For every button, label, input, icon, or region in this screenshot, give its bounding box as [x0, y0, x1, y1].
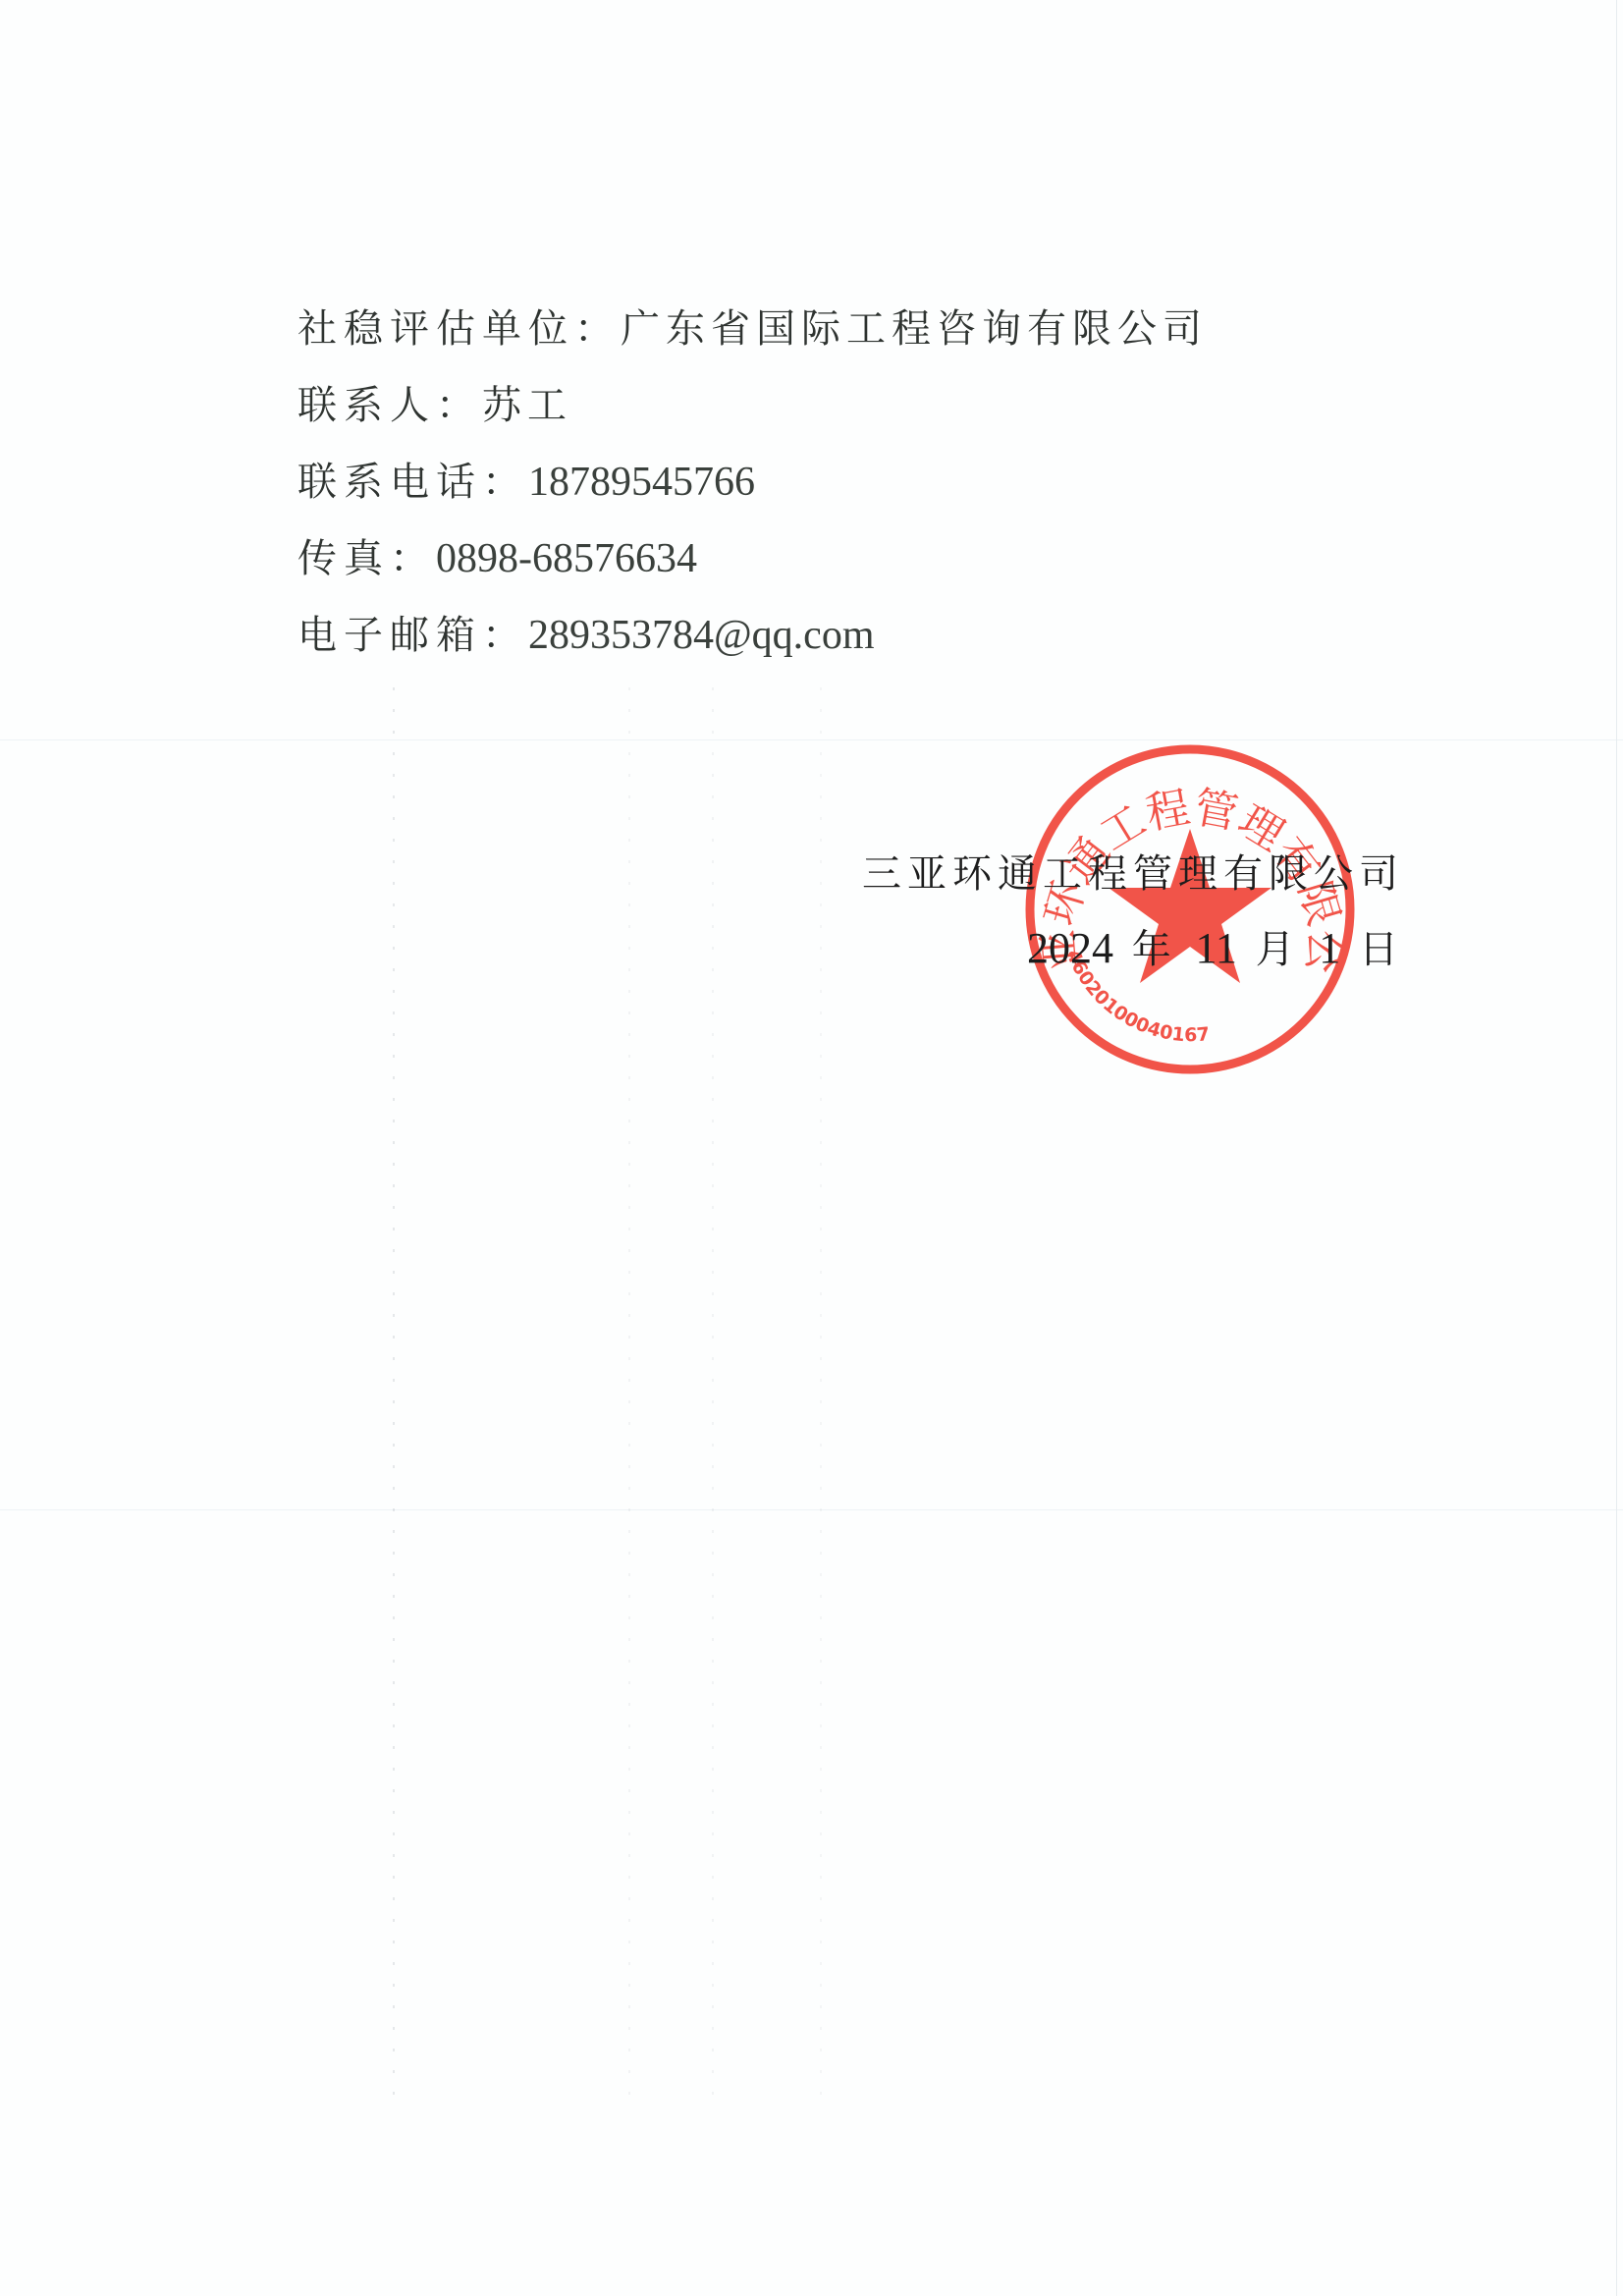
signing-company: 三亚环通工程管理有限公司 — [862, 837, 1404, 911]
bleed-through-column — [628, 687, 630, 2111]
phone-label: 联系电话： — [298, 460, 528, 505]
scan-fold-line — [0, 1509, 1623, 1510]
date-month-unit: 月 — [1256, 927, 1301, 972]
email-value: 289353784@qq.com — [528, 613, 875, 658]
fax-label: 传真： — [298, 536, 436, 581]
email-line: 电子邮箱：289353784@qq.com — [298, 597, 1208, 674]
contact-person-line: 联系人：苏工 — [298, 367, 1208, 444]
contact-person-value: 苏工 — [482, 383, 572, 428]
date-month: 11 — [1195, 924, 1236, 972]
assessor-value: 广东省国际工程咨询有限公司 — [621, 306, 1208, 352]
fax-line: 传真：0898-68576634 — [298, 520, 1208, 597]
signing-date: 2024 年 11 月 1 日 — [862, 911, 1404, 987]
bleed-through-column — [712, 687, 714, 2111]
date-day: 1 — [1319, 924, 1340, 972]
email-label: 电子邮箱： — [298, 613, 528, 658]
contact-person-label: 联系人： — [298, 383, 482, 428]
signature-block: 三亚环通工程管理有限公司 2024 年 11 月 1 日 — [862, 837, 1404, 987]
scan-fold-line — [0, 739, 1623, 740]
document-page: 社稳评估单位：广东省国际工程咨询有限公司 联系人：苏工 联系电话：1878954… — [0, 0, 1623, 2296]
assessor-line: 社稳评估单位：广东省国际工程咨询有限公司 — [298, 291, 1208, 367]
page-edge — [1616, 0, 1617, 2296]
contact-info: 社稳评估单位：广东省国际工程咨询有限公司 联系人：苏工 联系电话：1878954… — [298, 291, 1208, 674]
date-day-unit: 日 — [1359, 927, 1404, 972]
bleed-through-column — [393, 687, 395, 2111]
date-year: 2024 — [1027, 924, 1113, 972]
phone-line: 联系电话：18789545766 — [298, 444, 1208, 520]
fax-value: 0898-68576634 — [436, 536, 697, 581]
date-year-unit: 年 — [1132, 927, 1177, 972]
bleed-through-column — [820, 687, 822, 2111]
phone-value: 18789545766 — [528, 460, 755, 505]
assessor-label: 社稳评估单位： — [298, 306, 621, 352]
